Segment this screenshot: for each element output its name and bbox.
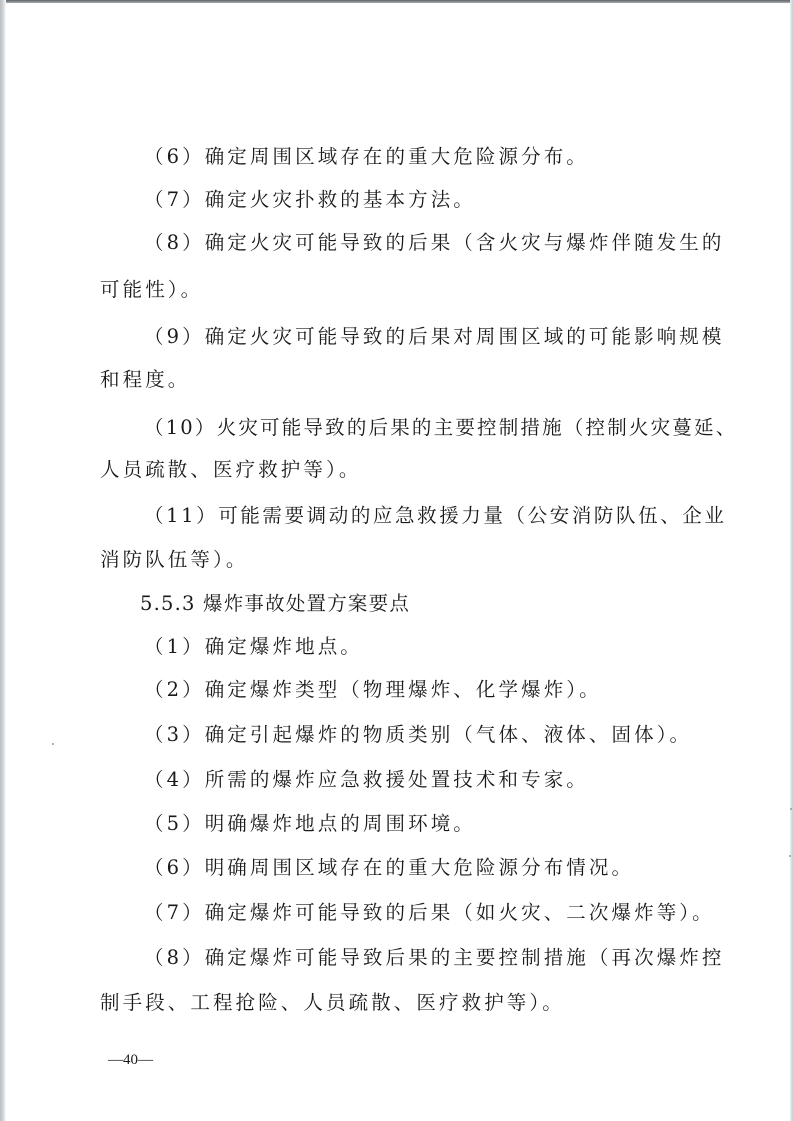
page-number: —40— xyxy=(108,1051,153,1069)
explosion-item-7: （7）确定爆炸可能导致的后果（如火灾、二次爆炸等）。 xyxy=(144,901,715,925)
document-page: （6）确定周围区域存在的重大危险源分布。 （7）确定火灾扑救的基本方法。 （8）… xyxy=(0,0,793,1121)
section-heading-5-5-3: 5.5.3 爆炸事故处置方案要点 xyxy=(140,592,410,616)
scan-border-top xyxy=(0,0,793,3)
fire-item-8-continued: 可能性）。 xyxy=(100,278,203,302)
explosion-item-6: （6）明确周围区域存在的重大危险源分布情况。 xyxy=(144,856,634,880)
fire-item-9: （9）确定火灾可能导致的后果对周围区域的可能影响规模 xyxy=(144,325,725,349)
fire-item-6: （6）确定周围区域存在的重大危险源分布。 xyxy=(144,145,589,169)
fire-item-10: （10）火灾可能导致的后果的主要控制措施（控制火灾蔓延、 xyxy=(144,416,737,440)
scan-speck xyxy=(789,855,791,857)
fire-item-9-continued: 和程度。 xyxy=(100,368,190,392)
fire-item-7: （7）确定火灾扑救的基本方法。 xyxy=(144,188,476,212)
explosion-item-8-continued: 制手段、工程抢险、人员疏散、医疗救护等）。 xyxy=(100,991,565,1015)
fire-item-11-continued: 消防队伍等）。 xyxy=(100,548,248,572)
fire-item-8: （8）确定火灾可能导致的后果（含火灾与爆炸伴随发生的 xyxy=(144,231,725,255)
explosion-item-8: （8）确定爆炸可能导致后果的主要控制措施（再次爆炸控 xyxy=(144,946,725,970)
explosion-item-5: （5）明确爆炸地点的周围环境。 xyxy=(144,812,476,836)
scan-speck xyxy=(790,808,792,810)
scan-border-left xyxy=(0,0,6,1121)
explosion-item-3: （3）确定引起爆炸的物质类别（气体、液体、固体）。 xyxy=(144,723,692,747)
fire-item-11: （11）可能需要调动的应急救援力量（公安消防队伍、企业 xyxy=(144,504,727,528)
explosion-item-2: （2）确定爆炸类型（物理爆炸、化学爆炸）。 xyxy=(144,678,602,702)
explosion-item-1: （1）确定爆炸地点。 xyxy=(144,635,363,659)
fire-item-10-continued: 人员疏散、医疗救护等）。 xyxy=(100,458,361,482)
scan-speck xyxy=(52,743,54,745)
explosion-item-4: （4）所需的爆炸应急救援处置技术和专家。 xyxy=(144,768,589,792)
